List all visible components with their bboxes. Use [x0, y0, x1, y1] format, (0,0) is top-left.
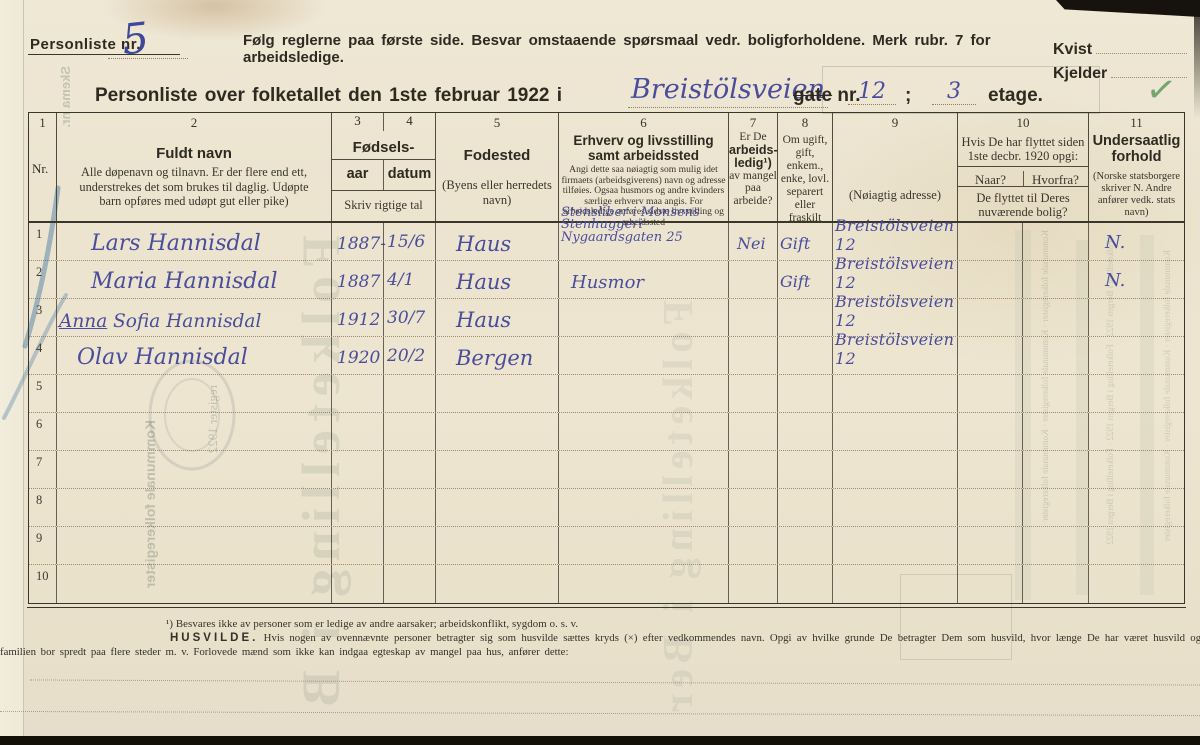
cell-ledig	[728, 413, 777, 450]
cell-name: Maria Hannisdal	[56, 261, 331, 298]
cell-erhverv	[558, 337, 728, 374]
column-note: De flyttet til Deres nuværende bolig?	[958, 187, 1088, 219]
handwritten-undersaat	[1089, 557, 1105, 564]
column-flyttet: 10 Hvis De har flyttet siden 1ste decbr.…	[957, 113, 1088, 221]
row-number: 10	[29, 565, 49, 584]
kvist-label: Kvist	[1053, 41, 1092, 59]
handwritten-aar	[332, 520, 337, 526]
handwritten-aar	[332, 406, 337, 412]
column-number: 1	[29, 113, 56, 131]
cell-bodde	[832, 527, 957, 564]
cell-undersaat	[1088, 489, 1184, 526]
cell-erhverv	[558, 451, 728, 488]
cell-nr: 1	[29, 223, 56, 260]
cell-erhverv: Stensliber i Monsens Stenhuggeri Nygaard…	[558, 223, 728, 260]
cell-fodested	[435, 489, 558, 526]
handwritten-bodde: Breistölsveien 12	[833, 330, 957, 374]
column-note: (Nøiagtig adresse)	[833, 176, 957, 203]
cell-fodested	[435, 527, 558, 564]
column-fuldt-navn: 2 Fuldt navn Alle døpenavn og tilnavn. E…	[56, 113, 331, 221]
column-number: 6	[559, 113, 728, 131]
cell-nr: 7	[29, 451, 56, 488]
cell-aar	[331, 375, 383, 412]
row-number: 4	[29, 337, 42, 356]
cell-name	[56, 451, 331, 488]
cell-name: Olav Hannisdal	[56, 337, 331, 374]
handwritten-aar	[332, 597, 337, 603]
handwritten-fodested	[436, 560, 456, 564]
handwritten-datum	[384, 556, 387, 564]
cell-fodested	[435, 565, 558, 603]
cell-erhverv	[558, 489, 728, 526]
row-number: 2	[29, 261, 42, 280]
scanned-census-form: Folketelling i Bergen 1922 Folketelling …	[0, 0, 1200, 745]
cell-ledig: Nei	[728, 223, 777, 260]
table-row: 2Maria Hannisdal18874/1HausHusmorGiftBre…	[29, 261, 1184, 299]
column-number: 5	[436, 113, 558, 131]
cell-aar: 1912	[331, 299, 383, 336]
cell-datum	[383, 527, 435, 564]
cell-datum	[383, 451, 435, 488]
column-undersaatlig: 11 Undersaatlig forhold (Norske statsbor…	[1088, 113, 1184, 221]
column-arbeidsledig: 7 Er De arbeids- ledig¹) av mangel paa a…	[728, 113, 777, 221]
handwritten-undersaat	[1089, 596, 1105, 603]
cell-ledig	[728, 375, 777, 412]
handwritten-datum	[384, 595, 387, 603]
page-title: Personliste over folketallet den 1ste fe…	[95, 85, 562, 107]
cell-bodde	[832, 375, 957, 412]
table-row: 6	[29, 413, 1184, 451]
cell-naar	[957, 451, 1022, 488]
cell-name	[56, 565, 331, 603]
column-note: Alle døpenavn og tilnavn. Er der flere e…	[57, 162, 331, 209]
handwritten-fodested: Bergen	[436, 346, 533, 374]
cell-bodde: Breistölsveien 12	[832, 337, 957, 374]
cell-naar	[957, 223, 1022, 260]
cell-nr: 9	[29, 527, 56, 564]
handwritten-datum: 30/7	[384, 308, 425, 336]
cell-civil	[777, 375, 832, 412]
cell-hvorfra	[1022, 337, 1088, 374]
column-note: (Norske statsborgere skriver N. Andre an…	[1089, 165, 1184, 219]
table-row: 1Lars Hannisdal1887-15/6HausStensliber i…	[29, 223, 1184, 261]
handwritten-ledig: Nei	[729, 234, 766, 260]
cell-naar	[957, 413, 1022, 450]
cell-fodested: Haus	[435, 261, 558, 298]
footnote-arbeidsledig: ¹) Besvares ikke av personer som er ledi…	[166, 618, 578, 630]
cell-erhverv	[558, 527, 728, 564]
cell-erhverv: Husmor	[558, 261, 728, 298]
handwritten-name	[57, 446, 91, 450]
cell-hvorfra	[1022, 223, 1088, 260]
cell-civil	[777, 489, 832, 526]
handwritten-undersaat	[1089, 519, 1105, 526]
cell-fodested	[435, 375, 558, 412]
column-number: 11	[1089, 113, 1184, 131]
handwritten-erhverv	[559, 521, 571, 526]
cell-erhverv	[558, 299, 728, 336]
handwritten-civil: Gift	[778, 234, 810, 260]
handwritten-name	[57, 599, 91, 603]
handwritten-undersaat: N.	[1089, 270, 1125, 298]
cell-aar	[331, 413, 383, 450]
table-row: 10	[29, 565, 1184, 603]
handwritten-fodested	[436, 599, 456, 603]
row-number: 5	[29, 375, 42, 394]
handwritten-datum: 15/6	[384, 232, 425, 260]
column-hvor-bodde: 9 Hvor bodde De den 1ste decbr. 1920 (Nø…	[832, 113, 957, 221]
handwritten-bodde	[833, 482, 835, 488]
cell-hvorfra	[1022, 565, 1088, 603]
cell-ledig	[728, 527, 777, 564]
cell-nr: 5	[29, 375, 56, 412]
handwritten-undersaat	[1089, 329, 1105, 336]
cell-nr: 10	[29, 565, 56, 603]
cell-fodested: Haus	[435, 223, 558, 260]
cell-name	[56, 527, 331, 564]
handwritten-datum	[384, 442, 387, 450]
table-row: 5	[29, 375, 1184, 413]
cell-ledig	[728, 489, 777, 526]
handwritten-name: Anna Sofia Hannisdal	[57, 311, 261, 336]
cell-nr: 8	[29, 489, 56, 526]
cell-civil	[777, 337, 832, 374]
handwritten-erhverv	[559, 559, 571, 564]
handwritten-erhverv: Husmor	[559, 272, 644, 298]
handwritten-aar	[332, 482, 337, 488]
cell-aar: 1887-	[331, 223, 383, 260]
cell-name: Lars Hannisdal	[56, 223, 331, 260]
handwritten-undersaat	[1089, 481, 1105, 488]
scan-edge	[0, 736, 1200, 745]
handwritten-fodested	[436, 484, 456, 488]
cell-datum: 4/1	[383, 261, 435, 298]
handwritten-bodde	[833, 406, 835, 412]
cell-civil	[777, 451, 832, 488]
cell-civil	[777, 565, 832, 603]
table-row: 4Olav Hannisdal192020/2BergenBreistölsve…	[29, 337, 1184, 375]
cell-datum	[383, 413, 435, 450]
kvist-field: Kvist	[1053, 40, 1187, 59]
cell-undersaat: N.	[1088, 261, 1184, 298]
column-number: 10	[958, 113, 1088, 131]
column-fodested: 5 Fodested (Byens eller herredets navn)	[435, 113, 558, 221]
cell-aar	[331, 451, 383, 488]
underline	[28, 54, 180, 55]
column-title: Hvis De har flyttet siden 1ste decbr. 19…	[958, 131, 1088, 163]
cell-ledig	[728, 299, 777, 336]
cell-hvorfra	[1022, 489, 1088, 526]
handwritten-erhverv	[559, 445, 571, 450]
footnote-husvilde-cont: familien bor spredt paa flere steder m. …	[0, 646, 568, 658]
column-number: 7	[729, 113, 777, 131]
cell-bodde	[832, 451, 957, 488]
cell-name: Anna Sofia Hannisdal	[56, 299, 331, 336]
handwritten-ledig	[729, 329, 737, 336]
subcolumn-datum: datum	[383, 160, 435, 190]
handwritten-ledig	[729, 557, 737, 564]
cell-nr: 2	[29, 261, 56, 298]
cell-aar	[331, 489, 383, 526]
husvilde-label: HUSVILDE.	[170, 632, 258, 644]
handwritten-civil	[778, 367, 780, 374]
column-number: 4	[383, 113, 435, 131]
handwritten-fodested: Haus	[436, 308, 511, 336]
cell-bodde	[832, 565, 957, 603]
column-fodsels: 34 Fødsels- aardatum Skriv rigtige tal	[331, 113, 435, 221]
handwritten-civil	[778, 443, 780, 450]
table-row: 3Anna Sofia Hannisdal191230/7HausBreistö…	[29, 299, 1184, 337]
cell-name	[56, 375, 331, 412]
cell-naar	[957, 299, 1022, 336]
subcolumn-hvorfra: Hvorfra?	[1023, 171, 1087, 186]
cell-erhverv	[558, 375, 728, 412]
handwritten-ledig	[729, 405, 737, 412]
handwritten-bodde	[833, 558, 835, 564]
cell-naar	[957, 527, 1022, 564]
handwritten-datum: 4/1	[384, 270, 414, 298]
handwritten-fodested: Haus	[436, 232, 511, 260]
handwritten-bodde	[833, 444, 835, 450]
cell-aar: 1920	[331, 337, 383, 374]
handwritten-civil: Gift	[778, 272, 810, 298]
cell-hvorfra	[1022, 299, 1088, 336]
table-body: 1Lars Hannisdal1887-15/6HausStensliber i…	[29, 223, 1184, 603]
cell-aar: 1887	[331, 261, 383, 298]
column-title: Nr.	[32, 161, 48, 177]
cell-datum: 20/2	[383, 337, 435, 374]
cell-naar	[957, 261, 1022, 298]
handwritten-civil	[778, 596, 780, 603]
column-title: Om ugift, gift, enkem., enke, lovl. sepa…	[778, 131, 832, 225]
table-row: 9	[29, 527, 1184, 565]
scan-edge	[1056, 0, 1200, 17]
handwritten-name	[57, 522, 91, 526]
handwritten-fodested: Haus	[436, 270, 511, 298]
scan-edge	[1194, 0, 1200, 118]
cell-civil: Gift	[777, 261, 832, 298]
cell-hvorfra	[1022, 527, 1088, 564]
handwritten-fodested	[436, 522, 456, 526]
handwritten-datum: 20/2	[384, 346, 425, 374]
column-title: Fødsels-	[332, 131, 435, 159]
cell-name	[56, 489, 331, 526]
handwritten-aar	[332, 558, 337, 564]
handwritten-erhverv	[559, 407, 571, 412]
cell-datum	[383, 489, 435, 526]
handwritten-aar	[332, 444, 337, 450]
cell-naar	[957, 375, 1022, 412]
subcolumn-naar: Naar?	[958, 171, 1023, 186]
cell-fodested: Bergen	[435, 337, 558, 374]
cell-ledig	[728, 337, 777, 374]
cell-aar	[331, 527, 383, 564]
column-number: 3	[332, 113, 383, 131]
cell-datum: 30/7	[383, 299, 435, 336]
floor-handwritten: 3	[932, 79, 976, 105]
handwritten-name	[57, 408, 91, 412]
husvilde-text: Hvis nogen av ovennævnte personer betrag…	[258, 632, 1200, 644]
cell-nr: 4	[29, 337, 56, 374]
cell-civil	[777, 527, 832, 564]
handwritten-undersaat	[1089, 367, 1105, 374]
handwritten-datum	[384, 518, 387, 526]
handwritten-erhverv	[559, 369, 571, 374]
handwritten-erhverv	[559, 598, 571, 603]
cell-fodested: Haus	[435, 299, 558, 336]
cell-ledig	[728, 565, 777, 603]
cell-naar	[957, 489, 1022, 526]
cell-undersaat	[1088, 451, 1184, 488]
cell-civil	[777, 413, 832, 450]
column-note: Skriv rigtige tal	[332, 191, 435, 213]
cell-hvorfra	[1022, 451, 1088, 488]
handwritten-name	[57, 560, 91, 564]
cell-ledig	[728, 451, 777, 488]
column-title: Fodested	[436, 147, 558, 164]
cell-hvorfra	[1022, 261, 1088, 298]
column-number: 2	[57, 113, 331, 131]
row-number: 7	[29, 451, 42, 470]
cell-bodde	[832, 413, 957, 450]
handwritten-name	[57, 484, 91, 488]
row-number: 3	[29, 299, 42, 318]
cell-aar	[331, 565, 383, 603]
handwritten-civil	[778, 481, 780, 488]
handwritten-aar: 1887	[332, 272, 380, 298]
column-title: Erhverv og livsstilling samt arbeidssted	[559, 133, 728, 163]
handwritten-civil	[778, 557, 780, 564]
cell-bodde	[832, 489, 957, 526]
handwritten-undersaat: N.	[1089, 232, 1125, 260]
handwritten-aar: 1887-	[332, 234, 386, 260]
separator: ;	[905, 85, 911, 107]
cell-datum: 15/6	[383, 223, 435, 260]
cell-civil	[777, 299, 832, 336]
cell-fodested	[435, 413, 558, 450]
column-title-bold: arbeids- ledig¹)	[729, 144, 777, 170]
dotted-fill-line	[1096, 40, 1187, 54]
row-number: 9	[29, 527, 42, 546]
table-row: 7	[29, 451, 1184, 489]
handwritten-bodde	[833, 597, 835, 603]
handwritten-ledig	[729, 481, 737, 488]
cell-hvorfra	[1022, 375, 1088, 412]
subcolumn-aar: aar	[332, 160, 383, 190]
handwritten-ledig	[729, 291, 737, 298]
handwritten-aar: 1920	[332, 348, 380, 374]
handwritten-aar: 1912	[332, 310, 380, 336]
census-table: 1 Nr. 2 Fuldt navn Alle døpenavn og tiln…	[28, 112, 1185, 604]
cell-civil: Gift	[777, 223, 832, 260]
form-instructions: Følg reglerne paa første side. Besvar om…	[243, 32, 1043, 66]
form-number-value: 5	[120, 13, 152, 65]
handwritten-ledig	[729, 596, 737, 603]
column-title: Er De	[729, 131, 777, 144]
cell-nr: 3	[29, 299, 56, 336]
row-number: 8	[29, 489, 42, 508]
handwritten-ledig	[729, 367, 737, 374]
cell-undersaat	[1088, 413, 1184, 450]
street-number-handwritten: 12	[848, 79, 896, 105]
cell-datum	[383, 565, 435, 603]
handwritten-ledig	[729, 519, 737, 526]
handwritten-datum	[384, 480, 387, 488]
cell-datum	[383, 375, 435, 412]
column-civilstand: 8 Om ugift, gift, enkem., enke, lovl. se…	[777, 113, 832, 221]
cell-erhverv	[558, 565, 728, 603]
handwritten-undersaat	[1089, 405, 1105, 412]
handwritten-ledig	[729, 443, 737, 450]
cell-ledig	[728, 261, 777, 298]
kjelder-label: Kjelder	[1053, 65, 1107, 83]
cell-naar	[957, 337, 1022, 374]
handwritten-fodested	[436, 408, 456, 412]
column-title: av mangel paa arbeide?	[729, 170, 777, 208]
cell-naar	[957, 565, 1022, 603]
cell-undersaat	[1088, 527, 1184, 564]
cell-name	[56, 413, 331, 450]
handwritten-fodested	[436, 446, 456, 450]
green-checkmark-icon: ✓	[1143, 68, 1179, 113]
cell-hvorfra	[1022, 413, 1088, 450]
handwritten-erhverv	[559, 483, 571, 488]
column-nr: 1 Nr.	[29, 113, 56, 221]
cell-undersaat: N.	[1088, 223, 1184, 260]
cell-undersaat	[1088, 299, 1184, 336]
handwritten-civil	[778, 329, 780, 336]
cell-undersaat	[1088, 337, 1184, 374]
handwritten-civil	[778, 405, 780, 412]
handwritten-erhverv: Stensliber i Monsens Stenhuggeri Nygaard…	[559, 207, 700, 248]
handwritten-name: Olav Hannisdal	[57, 345, 248, 374]
cell-undersaat	[1088, 565, 1184, 603]
row-number: 1	[29, 223, 42, 242]
handwritten-erhverv	[559, 331, 571, 336]
column-title: Undersaatlig forhold	[1089, 131, 1184, 165]
handwritten-datum	[384, 404, 387, 412]
column-number: 8	[778, 113, 832, 131]
gate-word-struck: gate	[793, 85, 832, 106]
cell-undersaat	[1088, 375, 1184, 412]
row-number: 6	[29, 413, 42, 432]
cell-nr: 6	[29, 413, 56, 450]
answer-dotted-line	[0, 711, 1200, 716]
handwritten-undersaat	[1089, 443, 1105, 450]
cell-fodested	[435, 451, 558, 488]
handwritten-name: Maria Hannisdal	[57, 269, 278, 298]
column-title: Fuldt navn	[57, 145, 331, 162]
footnote-husvilde: HUSVILDE. Hvis nogen av ovennævnte perso…	[170, 632, 1175, 644]
table-row: 8	[29, 489, 1184, 527]
handwritten-civil	[778, 519, 780, 526]
column-note: (Byens eller herredets navn)	[436, 164, 558, 208]
cell-erhverv	[558, 413, 728, 450]
etage-label: etage.	[988, 85, 1043, 107]
handwritten-name: Lars Hannisdal	[57, 231, 261, 260]
answer-dotted-line	[30, 679, 1200, 685]
handwritten-bodde	[833, 520, 835, 526]
